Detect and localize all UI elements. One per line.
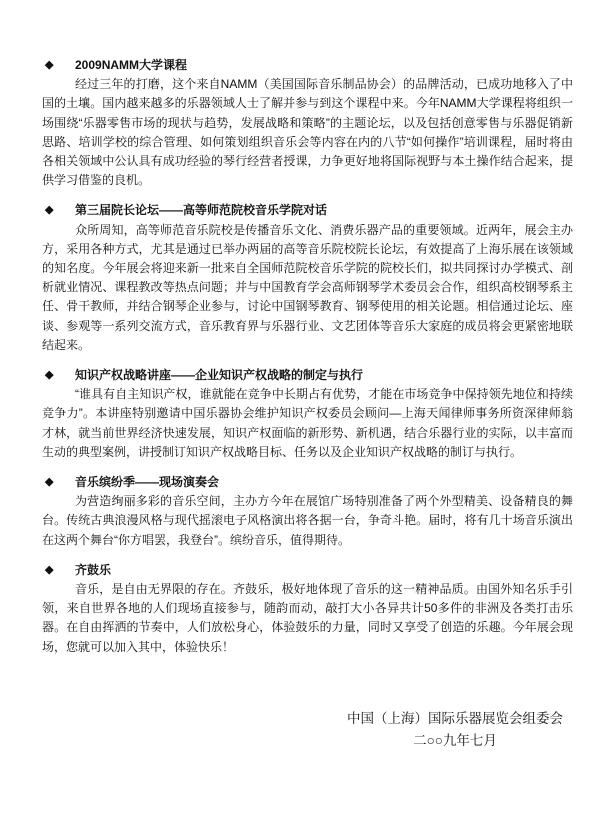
section-heading: 齐鼓乐 (75, 561, 573, 580)
section-paragraph: 音乐，是自由无界限的存在。齐鼓乐，极好地体现了音乐的这一精神品质。由国外知名乐手… (42, 580, 573, 657)
section-heading-row: ◆ 知识产权战略讲座——企业知识产权战略的制定与执行 (42, 366, 573, 385)
footer-signature: 中国（上海）国际乐器展览会组委会 二○○九年七月 (42, 708, 573, 751)
section-heading: 知识产权战略讲座——企业知识产权战略的制定与执行 (75, 366, 573, 385)
diamond-bullet-icon: ◆ (42, 473, 75, 492)
section-heading-row: ◆ 音乐缤纷季——现场演奏会 (42, 473, 573, 492)
section-heading-row: ◆ 齐鼓乐 (42, 561, 573, 580)
section-heading: 音乐缤纷季——现场演奏会 (75, 473, 573, 492)
section-namm-course: ◆ 2009NAMM大学课程 经过三年的打磨，这个来自NAMM（美国国际音乐制品… (42, 56, 573, 190)
diamond-bullet-icon: ◆ (42, 366, 75, 385)
section-paragraph: 经过三年的打磨，这个来自NAMM（美国国际音乐制品协会）的品牌活动，已成功地移入… (42, 75, 573, 190)
section-paragraph: 众所周知，高等师范音乐院校是传播音乐文化、消费乐器产品的重要领域。近两年，展会主… (42, 221, 573, 355)
section-paragraph: “谁具有自主知识产权，谁就能在竞争中长期占有优势，才能在市场竞争中保持领先地位和… (42, 385, 573, 462)
diamond-bullet-icon: ◆ (42, 56, 75, 75)
section-heading: 第三届院长论坛——高等师范院校音乐学院对话 (75, 201, 573, 220)
section-deans-forum: ◆ 第三届院长论坛——高等师范院校音乐学院对话 众所周知，高等师范音乐院校是传播… (42, 201, 573, 355)
section-heading: 2009NAMM大学课程 (75, 56, 573, 75)
section-drum-ensemble: ◆ 齐鼓乐 音乐，是自由无界限的存在。齐鼓乐，极好地体现了音乐的这一精神品质。由… (42, 561, 573, 657)
section-ip-lecture: ◆ 知识产权战略讲座——企业知识产权战略的制定与执行 “谁具有自主知识产权，谁就… (42, 366, 573, 462)
section-heading-row: ◆ 第三届院长论坛——高等师范院校音乐学院对话 (42, 201, 573, 220)
footer-organization: 中国（上海）国际乐器展览会组委会 (347, 708, 563, 730)
section-heading-row: ◆ 2009NAMM大学课程 (42, 56, 573, 75)
diamond-bullet-icon: ◆ (42, 561, 75, 580)
section-music-season: ◆ 音乐缤纷季——现场演奏会 为营造绚丽多彩的音乐空间，主办方今年在展馆广场特别… (42, 473, 573, 550)
document-page: ◆ 2009NAMM大学课程 经过三年的打磨，这个来自NAMM（美国国际音乐制品… (0, 0, 615, 835)
footer-block: 中国（上海）国际乐器展览会组委会 二○○九年七月 (347, 708, 563, 751)
section-paragraph: 为营造绚丽多彩的音乐空间，主办方今年在展馆广场特别准备了两个外型精美、设备精良的… (42, 492, 573, 550)
diamond-bullet-icon: ◆ (42, 201, 75, 220)
footer-date: 二○○九年七月 (347, 730, 563, 752)
